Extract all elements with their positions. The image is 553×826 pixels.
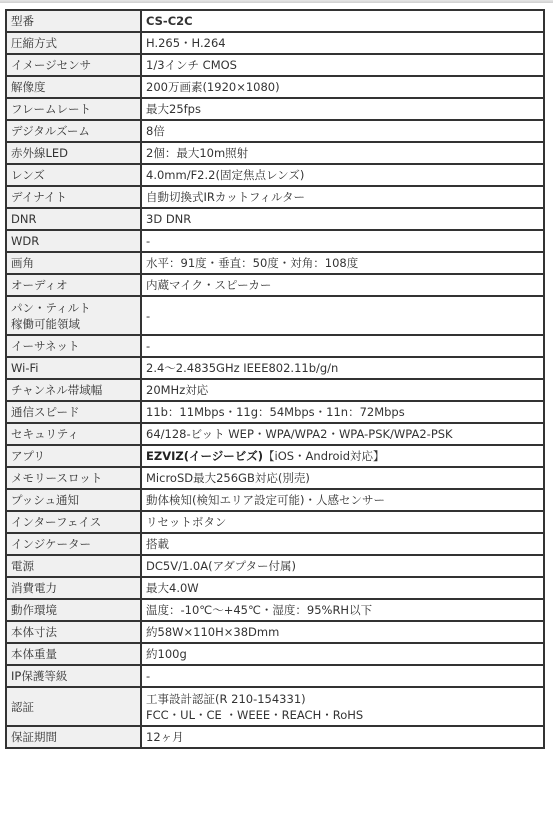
table-row: インジケーター搭載 [6, 533, 544, 555]
row-label: チャンネル帯域幅 [6, 379, 141, 401]
table-row: IP保護等級- [6, 665, 544, 687]
table-row: パン・ティルト 稼働可能領域 - [6, 296, 544, 335]
row-label: 型番 [6, 10, 141, 32]
row-label: インターフェイス [6, 511, 141, 533]
table-row: デイナイト自動切換式IRカットフィルター [6, 186, 544, 208]
row-value: 2個：最大10m照射 [141, 142, 544, 164]
table-row: オーディオ内蔵マイク・スピーカー [6, 274, 544, 296]
table-row: セキュリティ64/128-ビット WEP・WPA/WPA2・WPA-PSK/WP… [6, 423, 544, 445]
row-label: 保証期間 [6, 726, 141, 748]
row-label: セキュリティ [6, 423, 141, 445]
row-label: イーサネット [6, 335, 141, 357]
table-row: 型番CS-C2C [6, 10, 544, 32]
row-label: 画角 [6, 252, 141, 274]
table-row: 消費電力最大4.0W [6, 577, 544, 599]
row-value: 約58W×110H×38Dmm [141, 621, 544, 643]
row-value: 最大25fps [141, 98, 544, 120]
table-row: チャンネル帯域幅20MHz対応 [6, 379, 544, 401]
table-row: 動作環境温度：-10℃～+45℃・湿度：95%RH以下 [6, 599, 544, 621]
row-value: - [141, 665, 544, 687]
row-value: 動体検知(検知エリア設定可能)・人感センサー [141, 489, 544, 511]
row-label: 本体重量 [6, 643, 141, 665]
table-row: アプリ EZVIZ(イージービズ)【iOS・Android対応】 [6, 445, 544, 467]
row-label: 電源 [6, 555, 141, 577]
table-row: 保証期間12ヶ月 [6, 726, 544, 748]
row-label: 解像度 [6, 76, 141, 98]
row-value: EZVIZ(イージービズ)【iOS・Android対応】 [141, 445, 544, 467]
row-value: 内蔵マイク・スピーカー [141, 274, 544, 296]
top-divider [0, 0, 553, 3]
row-value: 20MHz対応 [141, 379, 544, 401]
row-label: 本体寸法 [6, 621, 141, 643]
spec-table: 型番CS-C2C 圧縮方式H.265・H.264 イメージセンサ1/3インチ C… [5, 9, 545, 749]
table-row: イーサネット- [6, 335, 544, 357]
table-row: インターフェイスリセットボタン [6, 511, 544, 533]
row-value: 搭載 [141, 533, 544, 555]
table-row: 圧縮方式H.265・H.264 [6, 32, 544, 54]
table-row: Wi-Fi2.4～2.4835GHz IEEE802.11b/g/n [6, 357, 544, 379]
row-value: CS-C2C [141, 10, 544, 32]
row-value: リセットボタン [141, 511, 544, 533]
row-value-line: FCC・UL・CE ・WEEE・REACH・RoHS [146, 707, 539, 723]
row-value: H.265・H.264 [141, 32, 544, 54]
table-row: レンズ4.0mm/F2.2(固定焦点レンズ) [6, 164, 544, 186]
row-value: - [141, 230, 544, 252]
row-label: オーディオ [6, 274, 141, 296]
table-row: プッシュ通知動体検知(検知エリア設定可能)・人感センサー [6, 489, 544, 511]
row-value: 1/3インチ CMOS [141, 54, 544, 76]
row-value: 8倍 [141, 120, 544, 142]
row-label: アプリ [6, 445, 141, 467]
row-label-line: 稼働可能領域 [11, 316, 136, 332]
row-label: パン・ティルト 稼働可能領域 [6, 296, 141, 335]
row-label: プッシュ通知 [6, 489, 141, 511]
table-row: 本体寸法約58W×110H×38Dmm [6, 621, 544, 643]
app-platforms: 【iOS・Android対応】 [263, 449, 385, 463]
row-label: 動作環境 [6, 599, 141, 621]
row-value: 12ヶ月 [141, 726, 544, 748]
row-label: 赤外線LED [6, 142, 141, 164]
table-row: イメージセンサ1/3インチ CMOS [6, 54, 544, 76]
row-label-line: パン・ティルト [11, 300, 136, 316]
row-label: 通信スピード [6, 401, 141, 423]
row-value: 温度：-10℃～+45℃・湿度：95%RH以下 [141, 599, 544, 621]
table-row: 画角水平：91度・垂直：50度・対角：108度 [6, 252, 544, 274]
row-value: 3D DNR [141, 208, 544, 230]
table-row: WDR- [6, 230, 544, 252]
row-value: 2.4～2.4835GHz IEEE802.11b/g/n [141, 357, 544, 379]
row-value: 4.0mm/F2.2(固定焦点レンズ) [141, 164, 544, 186]
row-value: 64/128-ビット WEP・WPA/WPA2・WPA-PSK/WPA2-PSK [141, 423, 544, 445]
row-label: フレームレート [6, 98, 141, 120]
row-value: MicroSD最大256GB対応(別売) [141, 467, 544, 489]
table-row: 通信スピード11b：11Mbps・11g：54Mbps・11n：72Mbps [6, 401, 544, 423]
table-row: DNR3D DNR [6, 208, 544, 230]
row-value: 11b：11Mbps・11g：54Mbps・11n：72Mbps [141, 401, 544, 423]
row-label: デイナイト [6, 186, 141, 208]
row-value: - [141, 296, 544, 335]
app-name: EZVIZ(イージービズ) [146, 449, 263, 463]
row-label: Wi-Fi [6, 357, 141, 379]
row-value: 約100g [141, 643, 544, 665]
row-label: WDR [6, 230, 141, 252]
table-row: 本体重量約100g [6, 643, 544, 665]
row-value: - [141, 335, 544, 357]
row-value: 工事設計認証(R 210-154331) FCC・UL・CE ・WEEE・REA… [141, 687, 544, 726]
row-label: 圧縮方式 [6, 32, 141, 54]
row-label: イメージセンサ [6, 54, 141, 76]
table-row: 解像度200万画素(1920×1080) [6, 76, 544, 98]
row-label: インジケーター [6, 533, 141, 555]
table-row: 赤外線LED2個：最大10m照射 [6, 142, 544, 164]
row-label: デジタルズーム [6, 120, 141, 142]
table-row: 認証 工事設計認証(R 210-154331) FCC・UL・CE ・WEEE・… [6, 687, 544, 726]
row-label: メモリースロット [6, 467, 141, 489]
row-value: DC5V/1.0A(アダプター付属) [141, 555, 544, 577]
row-label: DNR [6, 208, 141, 230]
table-row: 電源DC5V/1.0A(アダプター付属) [6, 555, 544, 577]
table-row: デジタルズーム8倍 [6, 120, 544, 142]
row-value: 水平：91度・垂直：50度・対角：108度 [141, 252, 544, 274]
row-label: 消費電力 [6, 577, 141, 599]
table-row: フレームレート最大25fps [6, 98, 544, 120]
row-value: 最大4.0W [141, 577, 544, 599]
row-value: 200万画素(1920×1080) [141, 76, 544, 98]
row-value: 自動切換式IRカットフィルター [141, 186, 544, 208]
row-value-line: 工事設計認証(R 210-154331) [146, 691, 539, 707]
table-row: メモリースロットMicroSD最大256GB対応(別売) [6, 467, 544, 489]
row-label: レンズ [6, 164, 141, 186]
row-label: IP保護等級 [6, 665, 141, 687]
row-label: 認証 [6, 687, 141, 726]
